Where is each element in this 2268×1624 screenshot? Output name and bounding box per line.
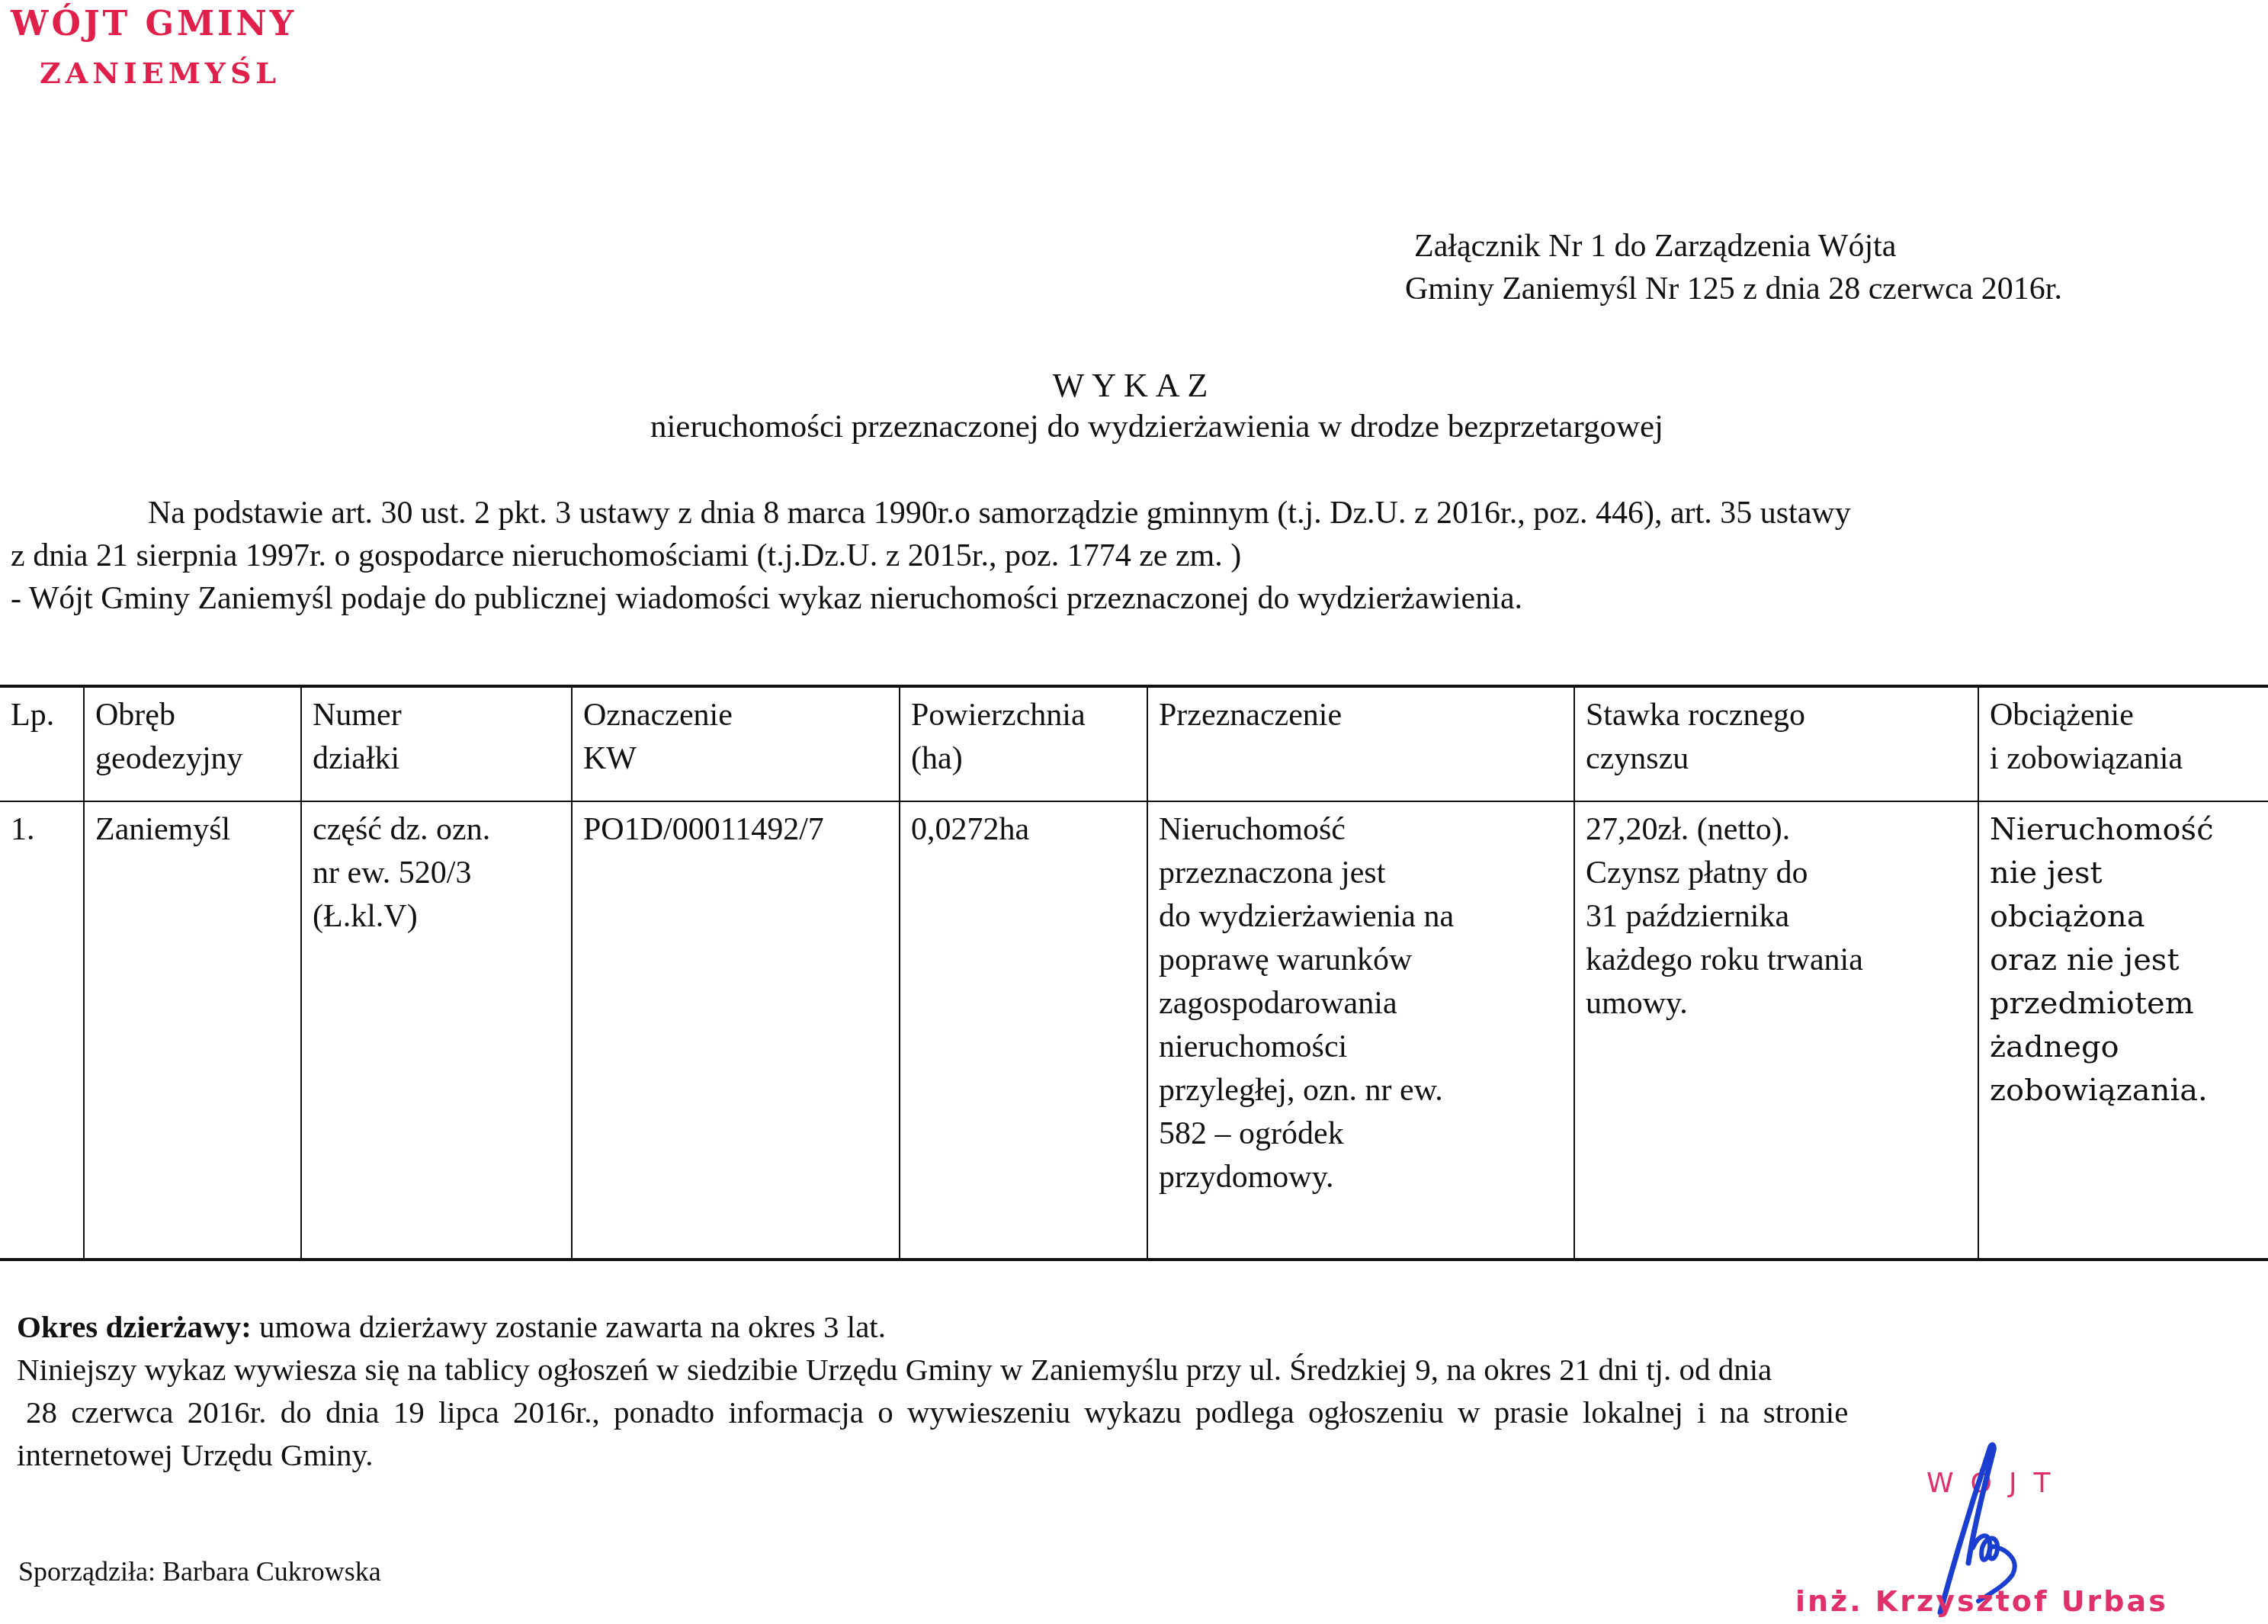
data-text: poprawę warunków (1159, 939, 1564, 982)
data-cell: część dz. ozn.nr ew. 520/3(Ł.kl.V) (301, 801, 572, 1260)
data-text: przeznaczona jest (1159, 852, 1564, 895)
document-subtitle: nieruchomości przeznaczonej do wydzierża… (0, 408, 2268, 445)
data-text: do wydzierżawienia na (1159, 895, 1564, 939)
data-text: każdego roku trwania (1586, 939, 1968, 982)
data-text: 582 – ogródek (1159, 1112, 1564, 1156)
data-text: część dz. ozn. (313, 808, 562, 852)
data-text: nr ew. 520/3 (313, 852, 562, 895)
header-text: Numer (313, 694, 562, 737)
data-cell: 1. (0, 801, 84, 1260)
data-cell: Nieruchomośćnie jestobciążonaoraz nie je… (1978, 801, 2268, 1260)
data-text: PO1D/00011492/7 (583, 808, 890, 852)
footer-line-4: internetowej Urzędu Gminy. (17, 1433, 1848, 1476)
legal-basis-paragraph: Na podstawie art. 30 ust. 2 pkt. 3 ustaw… (11, 492, 1851, 620)
data-text: obciążona (1990, 895, 2259, 939)
intro-line-3: - Wójt Gminy Zaniemyśl podaje do publicz… (11, 577, 1851, 620)
header-cell: Przeznaczenie (1147, 686, 1574, 801)
data-text: (Ł.kl.V) (313, 895, 562, 939)
header-text: Lp. (11, 694, 74, 737)
signature-stamp-name: inż. Krzysztof Urbas (1795, 1584, 2168, 1618)
stamp-line-2: ZANIEMYŚL (40, 56, 297, 90)
header-text: działki (313, 737, 562, 781)
header-cell: Obrębgeodezyjny (84, 686, 301, 801)
data-text: nieruchomości (1159, 1025, 1564, 1069)
data-text: 27,20zł. (netto). (1586, 808, 1968, 852)
annex-line-1: Załącznik Nr 1 do Zarządzenia Wójta (1414, 225, 2062, 268)
footer-line-3: 28 czerwca 2016r. do dnia 19 lipca 2016r… (17, 1391, 1848, 1433)
data-text: Zaniemyśl (95, 808, 291, 852)
header-cell: OznaczenieKW (572, 686, 900, 801)
office-stamp: WÓJT GMINY ZANIEMYŚL (11, 5, 297, 90)
lease-period-label: Okres dzierżawy: (17, 1309, 252, 1344)
header-text: Powierzchnia (911, 694, 1137, 737)
lease-period-text: umowa dzierżawy zostanie zawarta na okre… (252, 1309, 886, 1344)
data-text: Nieruchomość (1159, 808, 1564, 852)
header-text: KW (583, 737, 890, 781)
header-cell: Stawka rocznegoczynszu (1574, 686, 1978, 801)
header-text: geodezyjny (95, 737, 291, 781)
footer-line-2: Niniejszy wykaz wywiesza się na tablicy … (17, 1348, 1848, 1391)
header-text: (ha) (911, 737, 1137, 781)
data-text: 31 października (1586, 895, 1968, 939)
header-text: Oznaczenie (583, 694, 890, 737)
data-text: 0,0272ha (911, 808, 1137, 852)
table-row: 1.Zaniemyślczęść dz. ozn.nr ew. 520/3(Ł.… (0, 801, 2268, 1260)
header-text: czynszu (1586, 737, 1968, 781)
header-cell: Obciążeniei zobowiązania (1978, 686, 2268, 801)
annex-reference: Załącznik Nr 1 do Zarządzenia Wójta Gmin… (1414, 225, 2062, 310)
data-text: przedmiotem (1990, 982, 2259, 1025)
data-text: zagospodarowania (1159, 982, 1564, 1025)
property-table: Lp.ObrębgeodezyjnyNumerdziałkiOznaczenie… (0, 685, 2268, 1261)
data-text: zobowiązania. (1990, 1069, 2259, 1112)
prepared-by: Sporządziła: Barbara Cukrowska (18, 1555, 381, 1587)
header-text: Stawka rocznego (1586, 694, 1968, 737)
data-text: przyległej, ozn. nr ew. (1159, 1069, 1564, 1112)
data-text: żadnego (1990, 1025, 2259, 1069)
data-cell: PO1D/00011492/7 (572, 801, 900, 1260)
header-text: Obręb (95, 694, 291, 737)
header-cell: Lp. (0, 686, 84, 801)
header-cell: Powierzchnia(ha) (900, 686, 1147, 801)
data-text: nie jest (1990, 852, 2259, 895)
table-header-row: Lp.ObrębgeodezyjnyNumerdziałkiOznaczenie… (0, 686, 2268, 801)
data-text: Nieruchomość (1990, 808, 2259, 852)
data-cell: Zaniemyśl (84, 801, 301, 1260)
data-cell: 0,0272ha (900, 801, 1147, 1260)
footer-notes: Okres dzierżawy: umowa dzierżawy zostani… (17, 1305, 1848, 1476)
data-cell: 27,20zł. (netto).Czynsz płatny do31 paźd… (1574, 801, 1978, 1260)
header-text: Przeznaczenie (1159, 694, 1564, 737)
intro-line-1: Na podstawie art. 30 ust. 2 pkt. 3 ustaw… (11, 492, 1851, 534)
header-cell: Numerdziałki (301, 686, 572, 801)
annex-line-2: Gminy Zaniemyśl Nr 125 z dnia 28 czerwca… (1405, 268, 2062, 310)
data-cell: Nieruchomośćprzeznaczona jestdo wydzierż… (1147, 801, 1574, 1260)
data-text: Czynsz płatny do (1586, 852, 1968, 895)
stamp-line-1: WÓJT GMINY (11, 5, 297, 43)
intro-line-2: z dnia 21 sierpnia 1997r. o gospodarce n… (11, 534, 1851, 577)
document-title: WYKAZ (0, 366, 2268, 405)
lease-period: Okres dzierżawy: umowa dzierżawy zostani… (17, 1305, 1848, 1348)
header-text: Obciążenie (1990, 694, 2259, 737)
data-text: 1. (11, 808, 74, 852)
header-text: i zobowiązania (1990, 737, 2259, 781)
data-text: umowy. (1586, 982, 1968, 1025)
data-text: przydomowy. (1159, 1156, 1564, 1199)
data-text: oraz nie jest (1990, 939, 2259, 982)
